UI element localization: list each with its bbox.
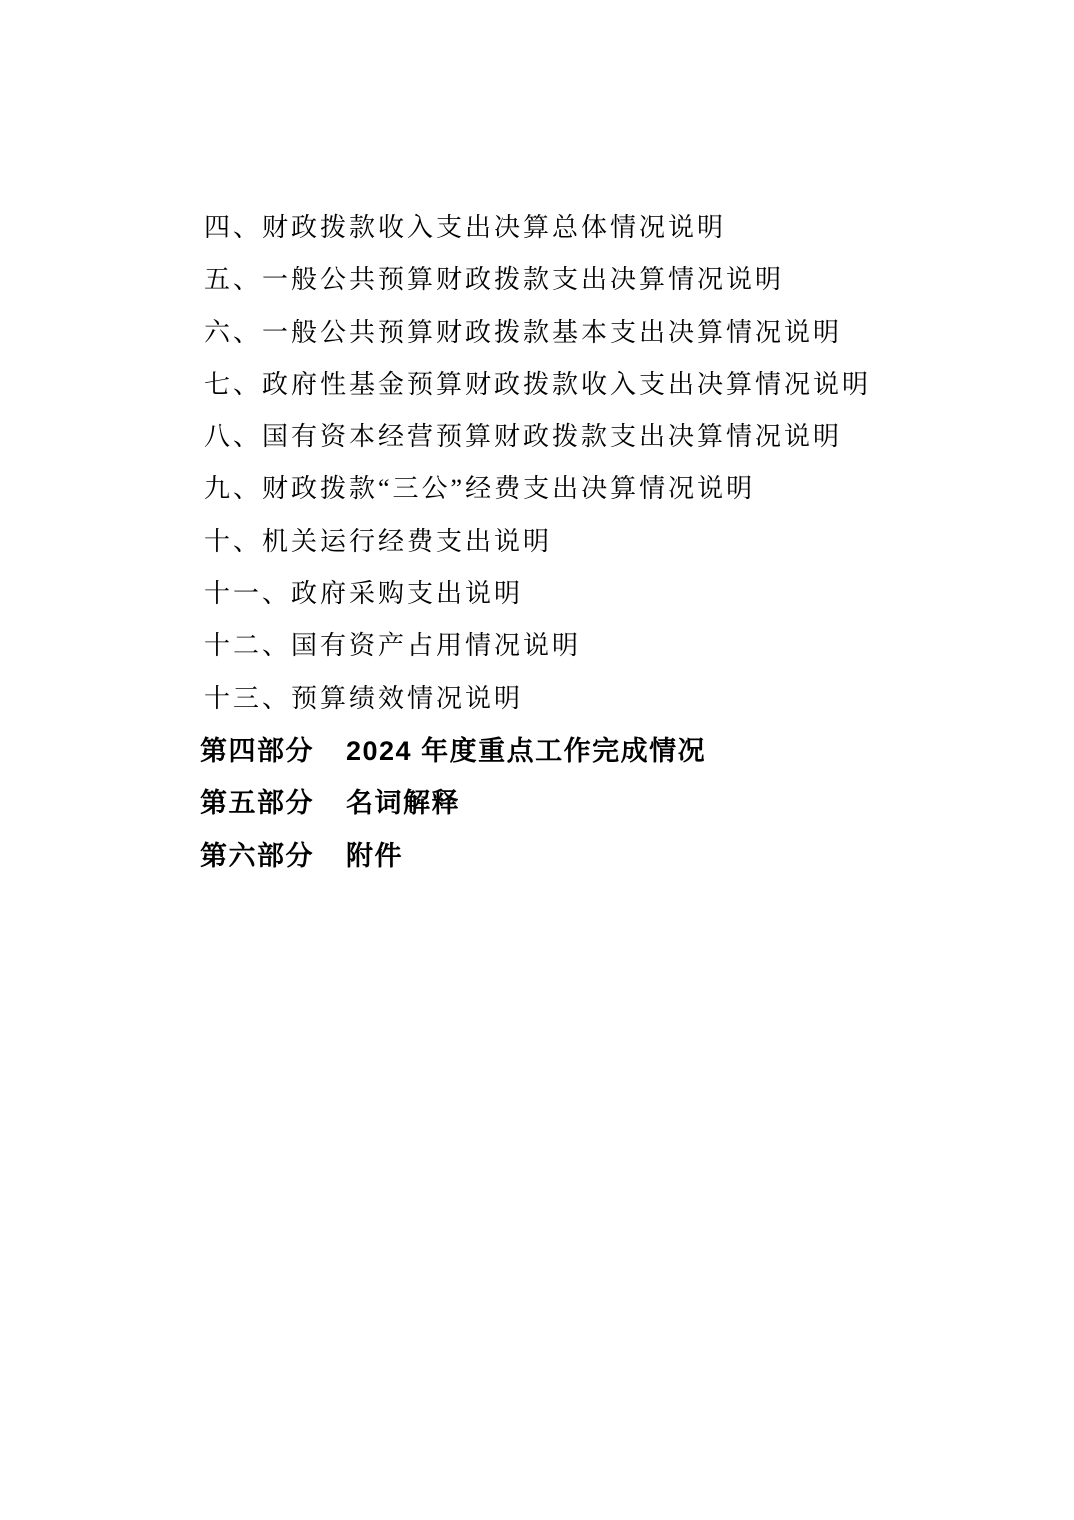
toc-item-6: 六、一般公共预算财政拨款基本支出决算情况说明: [200, 307, 1074, 359]
part-label: 第四部分: [200, 736, 314, 766]
toc-item-13: 十三、预算绩效情况说明: [200, 673, 1074, 725]
toc-item-12: 十二、国有资产占用情况说明: [200, 620, 1074, 672]
part-title: 2024 年度重点工作完成情况: [346, 736, 706, 766]
part-title: 附件: [346, 841, 403, 871]
toc-part-6: 第六部分附件: [200, 830, 1074, 882]
part-title: 名词解释: [346, 788, 460, 818]
document-page: 四、财政拨款收入支出决算总体情况说明 五、一般公共预算财政拨款支出决算情况说明 …: [0, 0, 1074, 1520]
toc-part-4: 第四部分2024 年度重点工作完成情况: [200, 725, 1074, 777]
toc-item-5: 五、一般公共预算财政拨款支出决算情况说明: [200, 254, 1074, 306]
part-label: 第五部分: [200, 788, 314, 818]
toc-item-4: 四、财政拨款收入支出决算总体情况说明: [200, 202, 1074, 254]
toc-item-10: 十、机关运行经费支出说明: [200, 516, 1074, 568]
toc-item-9: 九、财政拨款“三公”经费支出决算情况说明: [200, 463, 1074, 515]
toc-item-8: 八、国有资本经营预算财政拨款支出决算情况说明: [200, 411, 1074, 463]
toc-item-11: 十一、政府采购支出说明: [200, 568, 1074, 620]
toc-item-7: 七、政府性基金预算财政拨款收入支出决算情况说明: [200, 359, 1074, 411]
table-of-contents: 四、财政拨款收入支出决算总体情况说明 五、一般公共预算财政拨款支出决算情况说明 …: [200, 202, 1074, 882]
toc-part-5: 第五部分名词解释: [200, 777, 1074, 829]
part-label: 第六部分: [200, 841, 314, 871]
